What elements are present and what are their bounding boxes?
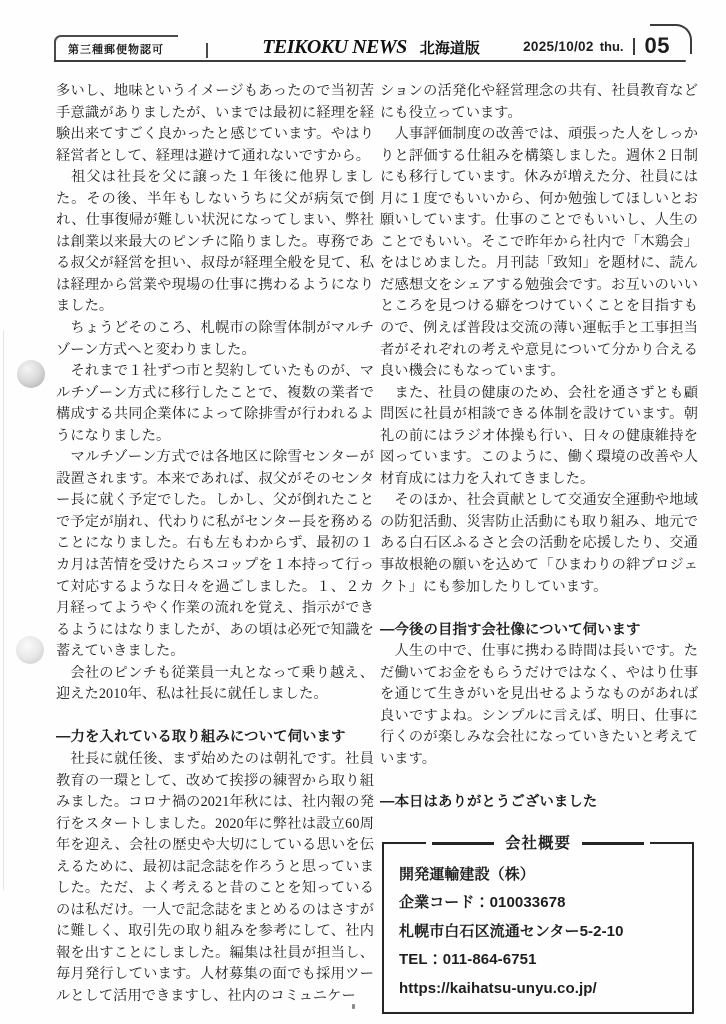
article-paragraph: 人事評価制度の改善では、頑張った人をしっかりと評価する仕組みを構築しました。週休… xyxy=(380,124,698,383)
article-paragraph: 人生の中で、仕事に携わる時間は長いです。ただ働いてお金をもらうだけではなく、やは… xyxy=(380,641,698,770)
scan-artifact-line xyxy=(3,330,4,890)
newspaper-page: 第三種郵便物認可 TEIKOKU NEWS 北海道版 2025/10/02 th… xyxy=(0,0,726,1024)
page-number: 05 xyxy=(645,33,680,59)
article-paragraph: そのほか、社会貢献として交通安全運動や地域の防犯活動、災害防止活動にも取り組み、… xyxy=(380,490,698,598)
scan-artifact-circle xyxy=(16,636,44,664)
article-paragraph: また、社員の健康のため、会社を通さずとも顧問医に社員が相談できる体制を設けていま… xyxy=(380,383,698,491)
article-column-right: ションの活発化や経営理念の共有、社員教育などにも役立っています。 人事評価制度の… xyxy=(380,81,698,1014)
article-paragraph: それまで１社ずつ市と契約していたものが、マルチゾーン方式に移行したことで、複数の… xyxy=(56,361,374,447)
company-name: 開発運輸建設（株） xyxy=(399,861,680,890)
article-paragraph: 社長に就任後、まず始めたのは朝礼です。社員教育の一環として、改めて挨拶の練習から… xyxy=(56,749,374,1008)
company-overview-title: 会社概要 xyxy=(426,836,650,852)
header-date-page-group: 2025/10/02 thu. 05 xyxy=(523,33,680,59)
article-paragraph: ちょうどそのころ、札幌市の除雪体制がマルチゾーン方式へと変わりました。 xyxy=(56,318,374,361)
company-address: 札幌市白石区流通センター5-2-10 xyxy=(399,918,680,947)
issue-date: 2025/10/02 xyxy=(523,39,594,54)
interview-question-heading: ―今後の目指す会社像について伺います xyxy=(380,620,698,642)
company-phone: TEL：011-864-6751 xyxy=(399,946,680,975)
article-column-left: 多いし、地味というイメージもあったので当初苦手意識がありましたが、いまでは最初に… xyxy=(56,81,374,1008)
masthead-logo: TEIKOKU NEWS xyxy=(262,36,407,58)
interview-closing-heading: ―本日はありがとうございました xyxy=(380,792,698,814)
company-overview-legend: 会社概要 xyxy=(384,833,692,852)
article-paragraph: 祖父は社長を父に譲った１年後に他界しました。その後、半年もしないうちに父が病気で… xyxy=(56,167,374,318)
header-right-divider xyxy=(633,38,635,55)
company-code: 企業コード：010033678 xyxy=(399,889,680,918)
article-paragraph: マルチゾーン方式では各地区に除雪センターが設置されます。本来であれば、叔父がその… xyxy=(56,447,374,662)
interview-question-heading: ―力を入れている取り組みについて伺います xyxy=(56,727,374,749)
article-paragraph: 会社のピンチも従業員一丸となって乗り越え、迎えた2010年、私は社長に就任しまし… xyxy=(56,663,374,706)
scan-artifact-speck xyxy=(352,1004,355,1009)
company-overview-box: 会社概要 開発運輸建設（株） 企業コード：010033678 札幌市白石区流通セ… xyxy=(382,842,694,1015)
masthead-edition-label: 北海道版 xyxy=(420,40,480,57)
header-rule xyxy=(54,60,686,62)
issue-weekday: thu. xyxy=(600,39,624,54)
scan-artifact-circle xyxy=(17,360,45,388)
article-paragraph: 多いし、地味というイメージもあったので当初苦手意識がありましたが、いまでは最初に… xyxy=(56,81,374,167)
article-paragraph: ションの活発化や経営理念の共有、社員教育などにも役立っています。 xyxy=(380,81,698,124)
page-header: 第三種郵便物認可 TEIKOKU NEWS 北海道版 2025/10/02 th… xyxy=(54,32,688,62)
company-url: https://kaihatsu-unyu.co.jp/ xyxy=(399,975,680,1004)
